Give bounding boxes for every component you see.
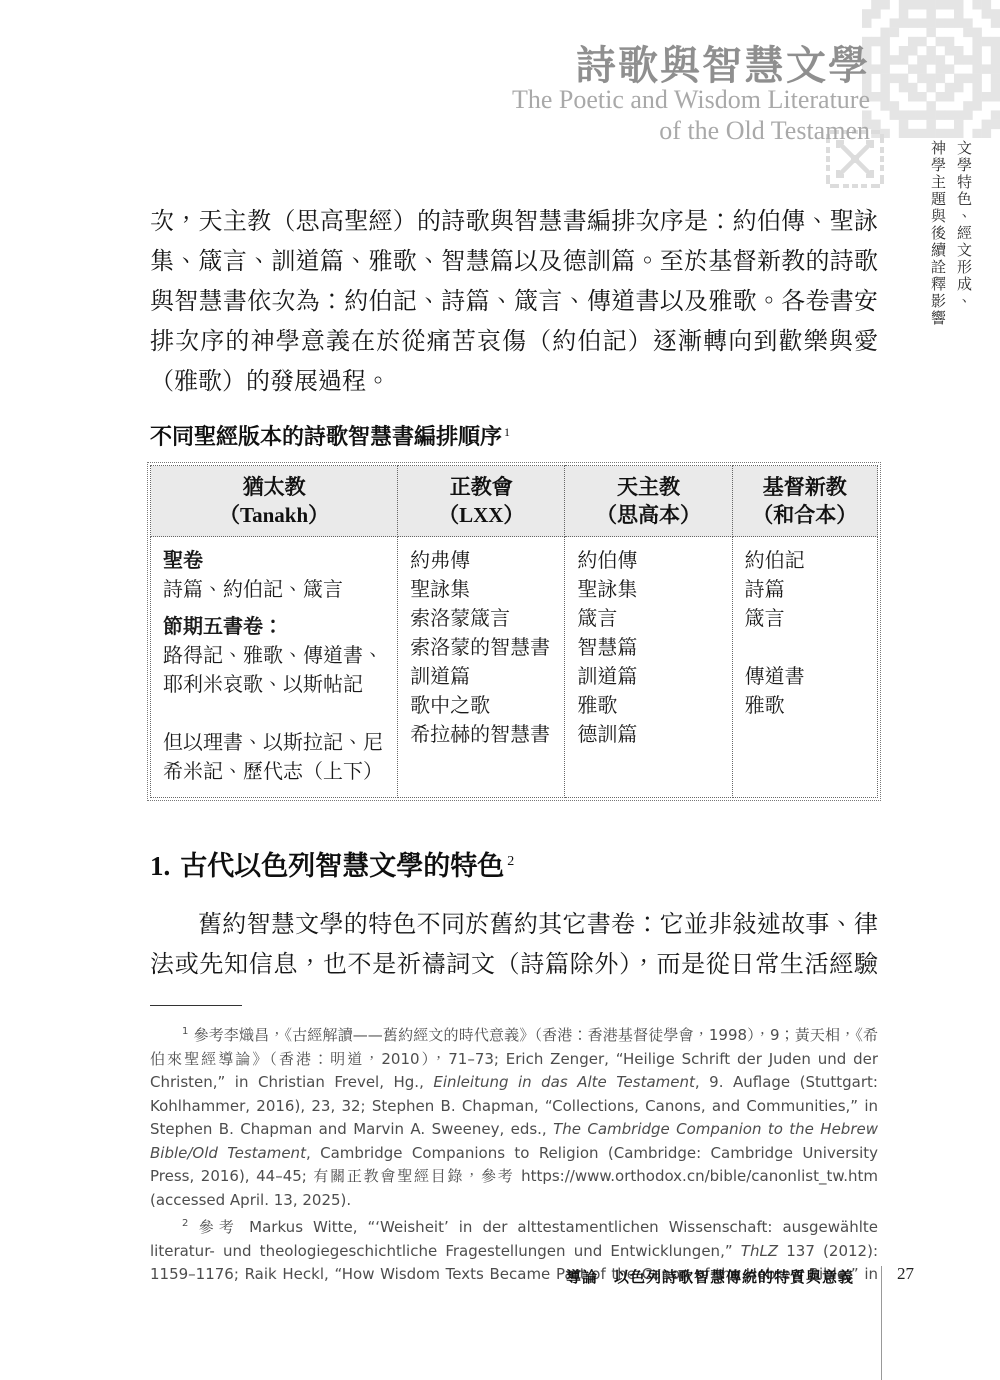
table-body-row: 聖卷 詩篇、約伯記、箴言 節期五書卷： 路得記、雅歌、傳道書、 耶利米哀歌、以斯… bbox=[151, 537, 878, 798]
paragraph-line: 法或先知信息，也不是祈禱詞文（詩篇除外），而是從日常生活經驗 bbox=[150, 945, 878, 985]
cell-line-blank bbox=[745, 634, 865, 663]
cell-lxx: 約弗傳 聖詠集 索洛蒙箴言 索洛蒙的智慧書 訓道篇 歌中之歌 希拉赫的智慧書 bbox=[398, 537, 565, 798]
column-subtitle: （LXX） bbox=[402, 501, 560, 529]
cell-line: 箴言 bbox=[577, 605, 719, 634]
cell-line: 傳道書 bbox=[745, 663, 865, 692]
section-number: 1. bbox=[150, 851, 170, 881]
cell-line: 索洛蒙的智慧書 bbox=[410, 634, 552, 663]
section-heading-1: 1.古代以色列智慧文學的特色2 bbox=[150, 844, 878, 883]
footnote-text-italic: ThLZ bbox=[741, 1242, 778, 1260]
body-paragraph-2: 舊約智慧文學的特色不同於舊約其它書卷：它並非敍述故事、律 法或先知信息，也不是祈… bbox=[150, 905, 878, 985]
section-title: 古代以色列智慧文學的特色 bbox=[180, 851, 504, 881]
column-subtitle: （Tanakh） bbox=[155, 501, 393, 529]
cell-line: 約伯傳 bbox=[577, 547, 719, 576]
cell-line: 詩篇 bbox=[745, 576, 865, 605]
cell-line-blank bbox=[163, 700, 385, 729]
footnote-1: 1參考李熾昌，《古經解讀——舊約經文的時代意義》（香港：香港基督徒學會，1998… bbox=[150, 1020, 878, 1212]
cell-line: 節期五書卷： bbox=[163, 613, 385, 642]
column-title: 天主教 bbox=[569, 473, 727, 501]
page-number: 27 bbox=[897, 1264, 914, 1284]
cell-protestant: 約伯記 詩篇 箴言 傳道書 雅歌 bbox=[732, 537, 877, 798]
cell-line: 雅歌 bbox=[745, 692, 865, 721]
margin-annotation-col2: 神學主題與後續詮釋影響 bbox=[924, 140, 950, 440]
chapter-title-en-line2: of the Old Testamen bbox=[512, 115, 870, 146]
column-header-tanakh: 猶太教 （Tanakh） bbox=[151, 466, 398, 537]
maze-seal-pattern-icon bbox=[862, 0, 1000, 138]
body-paragraph-1: 次，天主教（思高聖經）的詩歌與智慧書編排次序是：約伯傳、聖詠 集、箴言、訓道篇、… bbox=[150, 202, 878, 402]
cell-line: 聖卷 bbox=[163, 547, 385, 576]
column-title: 基督新教 bbox=[737, 473, 873, 501]
column-subtitle: （思高本） bbox=[569, 501, 727, 529]
cell-line: 耶利米哀歌、以斯帖記 bbox=[163, 671, 385, 700]
cell-line: 約伯記 bbox=[745, 547, 865, 576]
cell-line: 聖詠集 bbox=[577, 576, 719, 605]
book-page: 詩歌與智慧文學 The Poetic and Wisdom Literature… bbox=[0, 0, 1000, 1380]
cell-line: 德訓篇 bbox=[577, 721, 719, 750]
column-header-catholic: 天主教 （思高本） bbox=[565, 466, 732, 537]
footnote-1-marker: 1 bbox=[182, 1026, 188, 1037]
margin-annotation: 文學特色、經文形成、 神學主題與後續詮釋影響 bbox=[924, 140, 976, 440]
paragraph-line: 集、箴言、訓道篇、雅歌、智慧篇以及德訓篇。至於基督新教的詩歌 bbox=[150, 242, 878, 282]
footnote-ref-2: 2 bbox=[507, 854, 514, 869]
footnote-separator bbox=[150, 1005, 242, 1006]
cell-line: 詩篇、約伯記、箴言 bbox=[163, 576, 385, 605]
table-header-row: 猶太教 （Tanakh） 正教會 （LXX） 天主教 （思高本） 基督新教 （和… bbox=[151, 466, 878, 537]
footnote-ref-1: 1 bbox=[504, 425, 510, 439]
cell-line: 智慧篇 bbox=[577, 634, 719, 663]
cell-line: 希米記、歷代志（上下） bbox=[163, 758, 385, 787]
cell-line: 訓道篇 bbox=[410, 663, 552, 692]
table-caption-text: 不同聖經版本的詩歌智慧書編排順序 bbox=[150, 424, 502, 449]
footnote-text-italic: Einleitung in das Alte Testament bbox=[433, 1073, 695, 1091]
margin-annotation-col1: 文學特色、經文形成、 bbox=[950, 140, 976, 440]
cell-line: 約弗傳 bbox=[410, 547, 552, 576]
cell-line: 路得記、雅歌、傳道書、 bbox=[163, 642, 385, 671]
table-caption: 不同聖經版本的詩歌智慧書編排順序1 bbox=[150, 420, 878, 451]
cell-line: 歌中之歌 bbox=[410, 692, 552, 721]
footer-running-title: 導論 以色列詩歌智慧傳統的特質與意義 bbox=[566, 1266, 854, 1287]
column-title: 猶太教 bbox=[155, 473, 393, 501]
column-title: 正教會 bbox=[402, 473, 560, 501]
bible-versions-comparison-table: 猶太教 （Tanakh） 正教會 （LXX） 天主教 （思高本） 基督新教 （和… bbox=[150, 465, 878, 798]
cell-catholic: 約伯傳 聖詠集 箴言 智慧篇 訓道篇 雅歌 德訓篇 bbox=[565, 537, 732, 798]
cell-line: 聖詠集 bbox=[410, 576, 552, 605]
paragraph-line: 排次序的神學意義在於從痛苦哀傷（約伯記）逐漸轉向到歡樂與愛 bbox=[150, 322, 878, 362]
chapter-title-zh: 詩歌與智慧文學 bbox=[576, 34, 870, 91]
paragraph-line: 與智慧書依次為：約伯記、詩篇、箴言、傳道書以及雅歌。各卷書安 bbox=[150, 282, 878, 322]
cell-line: 訓道篇 bbox=[577, 663, 719, 692]
cell-line: 雅歌 bbox=[577, 692, 719, 721]
chapter-title-en-line1: The Poetic and Wisdom Literature bbox=[512, 84, 870, 115]
chapter-title-en: The Poetic and Wisdom Literature of the … bbox=[512, 84, 870, 146]
paragraph-line: 次，天主教（思高聖經）的詩歌與智慧書編排次序是：約伯傳、聖詠 bbox=[150, 202, 878, 242]
footer-divider-line bbox=[881, 1266, 882, 1380]
paragraph-line: 舊約智慧文學的特色不同於舊約其它書卷：它並非敍述故事、律 bbox=[150, 905, 878, 945]
text-column: 次，天主教（思高聖經）的詩歌與智慧書編排次序是：約伯傳、聖詠 集、箴言、訓道篇、… bbox=[150, 202, 878, 1288]
cell-line: 箴言 bbox=[745, 605, 865, 634]
cell-line: 索洛蒙箴言 bbox=[410, 605, 552, 634]
footnotes-block: 1參考李熾昌，《古經解讀——舊約經文的時代意義》（香港：香港基督徒學會，1998… bbox=[150, 1020, 878, 1288]
paragraph-line: （雅歌）的發展過程。 bbox=[150, 362, 878, 402]
cell-line: 希拉赫的智慧書 bbox=[410, 721, 552, 750]
column-subtitle: （和合本） bbox=[737, 501, 873, 529]
cell-tanakh: 聖卷 詩篇、約伯記、箴言 節期五書卷： 路得記、雅歌、傳道書、 耶利米哀歌、以斯… bbox=[151, 537, 398, 798]
column-header-lxx: 正教會 （LXX） bbox=[398, 466, 565, 537]
footnote-2-marker: 2 bbox=[182, 1218, 188, 1229]
column-header-protestant: 基督新教 （和合本） bbox=[732, 466, 877, 537]
cell-line: 但以理書、以斯拉記、尼 bbox=[163, 729, 385, 758]
